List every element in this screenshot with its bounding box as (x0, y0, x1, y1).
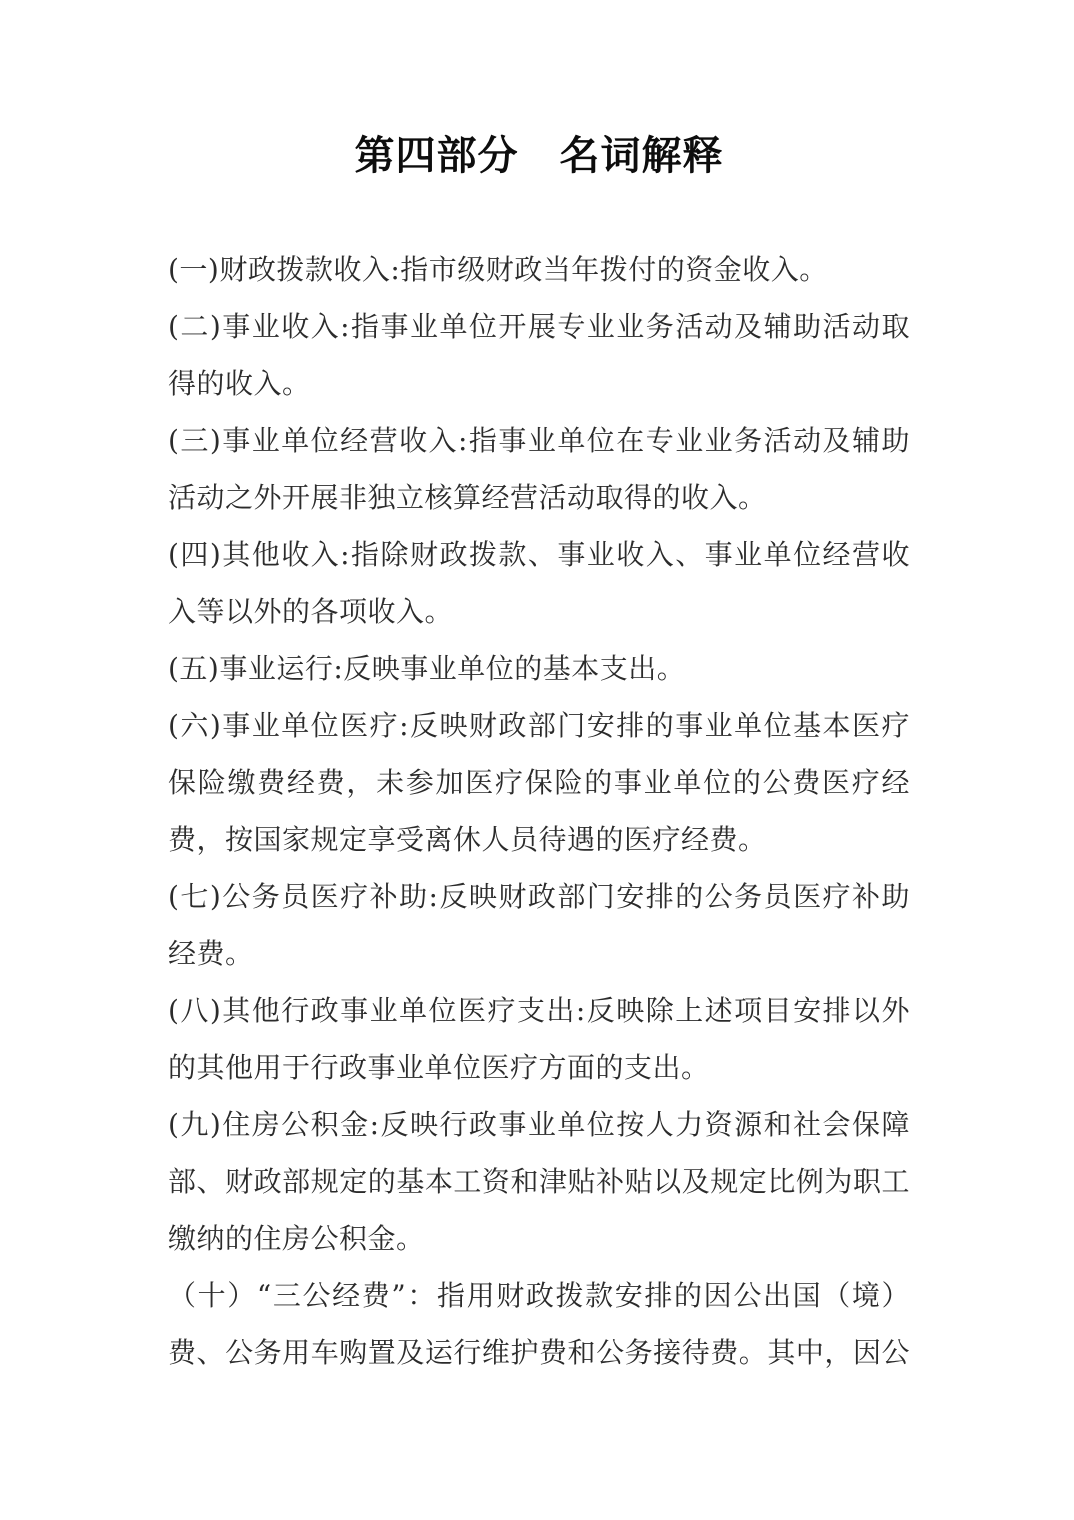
glossary-line: (六)事业单位医疗:反映财政部门安排的事业单位基本医疗 (168, 697, 910, 754)
glossary-body: (一)财政拨款收入:指市级财政当年拨付的资金收入。 (二)事业收入:指事业单位开… (168, 241, 910, 1381)
glossary-line: 活动之外开展非独立核算经营活动取得的收入。 (168, 469, 910, 526)
glossary-item-1: (一)财政拨款收入:指市级财政当年拨付的资金收入。 (168, 241, 910, 298)
glossary-line: 经费。 (168, 925, 910, 982)
glossary-line: 费、公务用车购置及运行维护费和公务接待费。其中，因公 (168, 1324, 910, 1381)
glossary-line: (九)住房公积金:反映行政事业单位按人力资源和社会保障 (168, 1096, 910, 1153)
glossary-item-8: (八)其他行政事业单位医疗支出:反映除上述项目安排以外 的其他用于行政事业单位医… (168, 982, 910, 1096)
glossary-line: (四)其他收入:指除财政拨款、事业收入、事业单位经营收 (168, 526, 910, 583)
glossary-item-3: (三)事业单位经营收入:指事业单位在专业业务活动及辅助 活动之外开展非独立核算经… (168, 412, 910, 526)
glossary-item-6: (六)事业单位医疗:反映财政部门安排的事业单位基本医疗 保险缴费经费，未参加医疗… (168, 697, 910, 868)
glossary-line: 部、财政部规定的基本工资和津贴补贴以及规定比例为职工 (168, 1153, 910, 1210)
glossary-line: 保险缴费经费，未参加医疗保险的事业单位的公费医疗经 (168, 754, 910, 811)
document-page: 第四部分 名词解释 (一)财政拨款收入:指市级财政当年拨付的资金收入。 (二)事… (0, 0, 1074, 1520)
glossary-line: 缴纳的住房公积金。 (168, 1210, 910, 1267)
glossary-item-7: (七)公务员医疗补助:反映财政部门安排的公务员医疗补助 经费。 (168, 868, 910, 982)
glossary-line: (五)事业运行:反映事业单位的基本支出。 (168, 640, 910, 697)
glossary-line: 入等以外的各项收入。 (168, 583, 910, 640)
glossary-line: (八)其他行政事业单位医疗支出:反映除上述项目安排以外 (168, 982, 910, 1039)
glossary-item-5: (五)事业运行:反映事业单位的基本支出。 (168, 640, 910, 697)
glossary-line: 得的收入。 (168, 355, 910, 412)
glossary-line: （十）“三公经费”：指用财政拨款安排的因公出国（境） (168, 1267, 910, 1324)
glossary-item-10: （十）“三公经费”：指用财政拨款安排的因公出国（境） 费、公务用车购置及运行维护… (168, 1267, 910, 1381)
glossary-item-2: (二)事业收入:指事业单位开展专业业务活动及辅助活动取 得的收入。 (168, 298, 910, 412)
glossary-line: 费，按国家规定享受离休人员待遇的医疗经费。 (168, 811, 910, 868)
glossary-line: (三)事业单位经营收入:指事业单位在专业业务活动及辅助 (168, 412, 910, 469)
glossary-line: 的其他用于行政事业单位医疗方面的支出。 (168, 1039, 910, 1096)
glossary-line: (七)公务员医疗补助:反映财政部门安排的公务员医疗补助 (168, 868, 910, 925)
glossary-line: (一)财政拨款收入:指市级财政当年拨付的资金收入。 (168, 241, 910, 298)
page-title: 第四部分 名词解释 (168, 127, 910, 184)
glossary-item-4: (四)其他收入:指除财政拨款、事业收入、事业单位经营收 入等以外的各项收入。 (168, 526, 910, 640)
glossary-line: (二)事业收入:指事业单位开展专业业务活动及辅助活动取 (168, 298, 910, 355)
glossary-item-9: (九)住房公积金:反映行政事业单位按人力资源和社会保障 部、财政部规定的基本工资… (168, 1096, 910, 1267)
